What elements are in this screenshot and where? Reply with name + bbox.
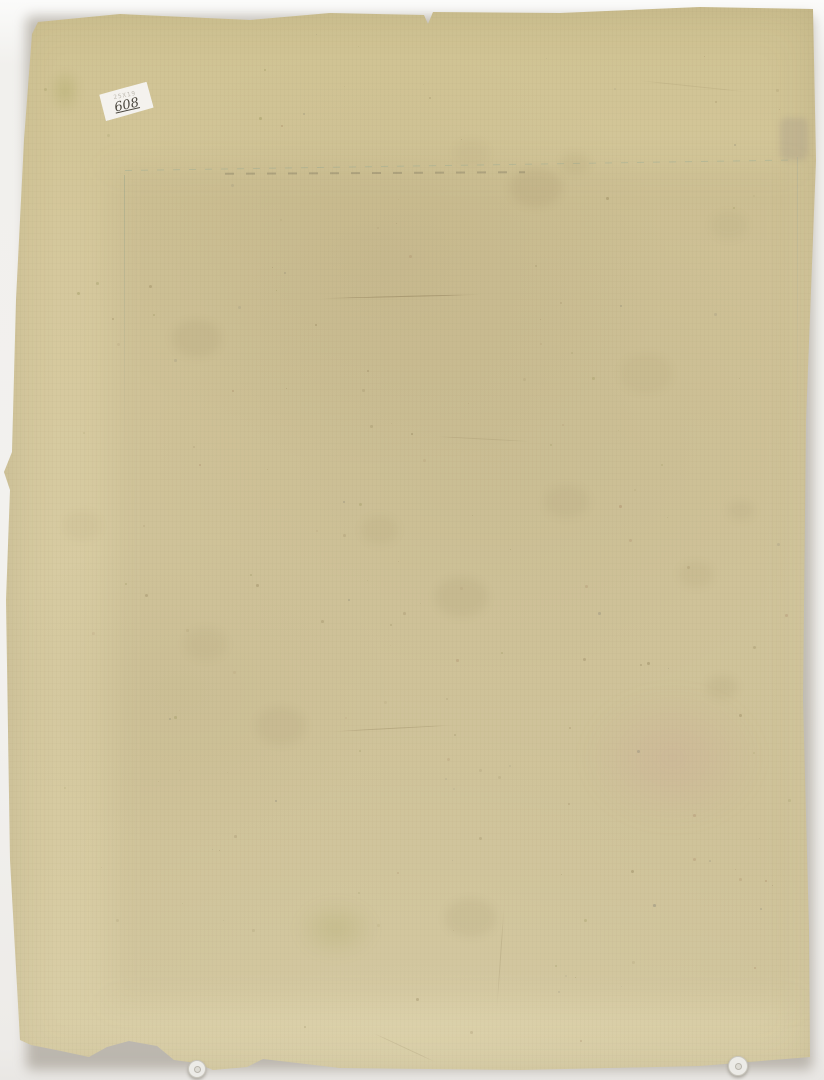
photo-backdrop: 25X19 608	[0, 0, 824, 1080]
pin-center-dot	[735, 1063, 742, 1070]
mounting-pin-right	[728, 1056, 748, 1076]
paper-texture-specks	[0, 0, 824, 1080]
paper-verso: 25X19 608	[0, 0, 824, 1080]
pin-center-dot	[194, 1066, 201, 1073]
mounting-pin-left	[188, 1060, 206, 1078]
